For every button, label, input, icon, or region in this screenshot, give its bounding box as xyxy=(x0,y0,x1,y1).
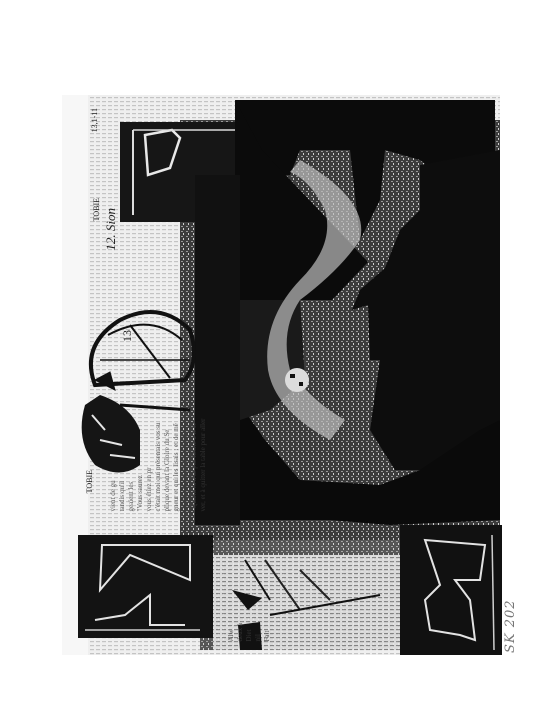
body-line: lorsque tu enterrais les mort xyxy=(181,433,189,511)
artist-signature: SK 202 xyxy=(503,583,523,653)
text-fragment: Alw xyxy=(227,629,235,641)
small-figure xyxy=(285,368,309,392)
body-line: ver, et à quitter la table pour aller xyxy=(199,418,207,511)
text-fragment: deux à xyxy=(236,623,244,641)
stamp-bottom-left xyxy=(78,535,213,638)
woodcut-number: 13 xyxy=(120,330,135,342)
body-line: geaient les xyxy=(127,482,135,512)
stamp-bottom-right xyxy=(400,525,502,655)
body-line: plique devant la Gloire du Se xyxy=(163,430,171,512)
body-line: tandis qu'il xyxy=(118,481,126,512)
text-fragment: nil xyxy=(254,634,262,641)
body-line: c'était moi qui présentais vos su xyxy=(154,423,162,512)
page-header-bottom: TOBIE xyxy=(85,470,94,493)
page-body-text: vient de gu tandis qu'il geaient les "Vo… xyxy=(100,405,208,515)
text-fragment: Fait xyxy=(263,631,271,642)
body-line: vient de gu xyxy=(109,480,117,511)
bottom-text-fragments: Alw deux à Diet nil Fait xyxy=(218,590,272,645)
page-header-left: TOBIE xyxy=(92,198,101,221)
chapter-reference: 13,1-11 xyxy=(90,108,99,132)
body-line: gneur et qui les lisais ; et de mê xyxy=(172,423,180,511)
body-line: "Vous saurez xyxy=(136,475,144,511)
body-line: "Quand tu n'as pas hésité à te le xyxy=(190,423,198,512)
section-title: 12. Sion xyxy=(103,208,119,251)
text-fragment: Diet xyxy=(245,629,253,641)
body-line: vous étiez en pr xyxy=(145,467,153,511)
